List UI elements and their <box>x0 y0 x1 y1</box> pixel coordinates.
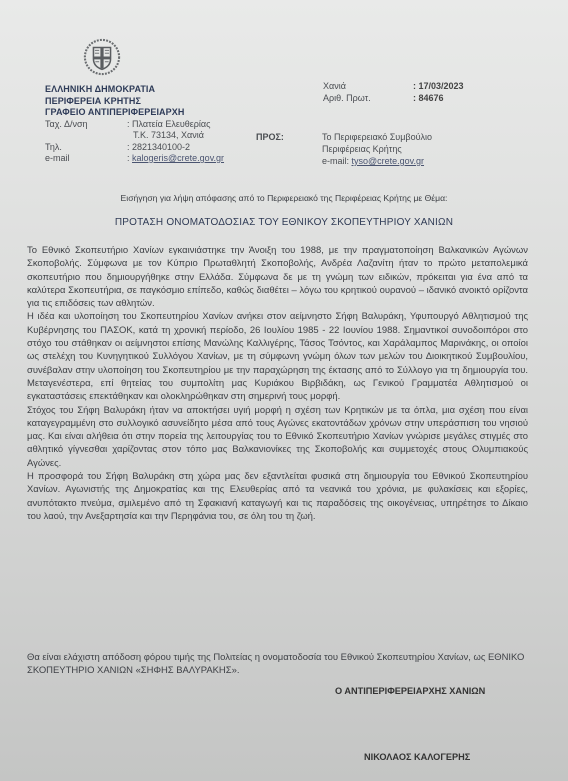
document-page: ΕΛΛΗΝΙΚΗ ΔΗΜΟΚΡΑΤΙΑ ΠΕΡΙΦΕΡΕΙΑ ΚΡΗΤΗΣ ΓΡ… <box>0 0 568 781</box>
recipient-label: ΠΡΟΣ: <box>256 131 322 167</box>
greek-coat-of-arms-icon <box>83 38 121 76</box>
phone-value: : 2821340100-2 <box>127 142 190 154</box>
document-meta: Χανιά : 17/03/2023 Αριθ. Πρωτ. : 84676 <box>323 80 464 104</box>
protocol-label: Αριθ. Πρωτ. <box>323 92 413 104</box>
phone-row: Τηλ. : 2821340100-2 <box>45 142 224 154</box>
paragraph-history: Το Εθνικό Σκοπευτήριο Χανίων εγκαινιάστη… <box>27 244 528 310</box>
recipient-block: ΠΡΟΣ: Το Περιφερειακό Συμβούλιο Περιφέρε… <box>256 131 432 167</box>
date-value: : 17/03/2023 <box>413 80 464 92</box>
recipient-line-1: Το Περιφερειακό Συμβούλιο <box>322 131 432 143</box>
paragraph-founders: Η ιδέα και υλοποίηση του Σκοπευτηρίου Χα… <box>27 310 528 403</box>
org-line-region: ΠΕΡΙΦΕΡΕΙΑ ΚΡΗΤΗΣ <box>45 96 224 108</box>
address-label: Ταχ. Δ/νση <box>45 119 127 131</box>
letter-body: Το Εθνικό Σκοπευτήριο Χανίων εγκαινιάστη… <box>27 244 528 523</box>
recipient-line-2: Περιφέρειας Κρήτης <box>322 143 432 155</box>
email-label: e-mail <box>45 153 127 165</box>
signatory-name: ΝΙΚΟΛΑΟΣ ΚΑΛΟΓΕΡΗΣ <box>364 752 470 762</box>
proposal-paragraph-block: Θα είναι ελάχιστη απόδοση φόρου τιμής τη… <box>27 651 528 678</box>
address-row-2: Τ.Κ. 73134, Χανιά <box>45 130 224 142</box>
recipient-email-link[interactable]: tyso@crete.gov.gr <box>352 156 425 166</box>
letterhead: ΕΛΛΗΝΙΚΗ ΔΗΜΟΚΡΑΤΙΑ ΠΕΡΙΦΕΡΕΙΑ ΚΡΗΤΗΣ ΓΡ… <box>45 84 224 165</box>
sender-email-link[interactable]: kalogeris@crete.gov.gr <box>132 153 224 163</box>
postal-code-city: Τ.Κ. 73134, Χανιά <box>127 130 204 142</box>
paragraph-proposal: Θα είναι ελάχιστη απόδοση φόρου τιμής τη… <box>27 651 528 678</box>
paragraph-contribution: Η προσφορά του Σήφη Βαλυράκη στη χώρα μα… <box>27 470 528 523</box>
place-label: Χανιά <box>323 80 413 92</box>
org-line-office: ΓΡΑΦΕΙΟ ΑΝΤΙΠΕΡΙΦΕΡΕΙΑΡΧΗ <box>45 107 224 119</box>
paragraph-goal: Στόχος του Σήφη Βαλυράκη ήταν να αποκτήσ… <box>27 404 528 470</box>
subject-title: ΠΡΟΤΑΣΗ ΟΝΟΜΑΤΟΔΟΣΙΑΣ ΤΟΥ ΕΘΝΙΚΟΥ ΣΚΟΠΕΥ… <box>0 217 568 228</box>
signatory-title: Ο ΑΝΤΙΠΕΡΙΦΕΡΕΙΑΡΧΗΣ ΧΑΝΙΩΝ <box>335 686 485 696</box>
org-line-country: ΕΛΛΗΝΙΚΗ ΔΗΜΟΚΡΑΤΙΑ <box>45 84 224 96</box>
address-row: Ταχ. Δ/νση : Πλατεία Ελευθερίας <box>45 119 224 131</box>
email-row: e-mail : kalogeris@crete.gov.gr <box>45 153 224 165</box>
protocol-number: : 84676 <box>413 92 444 104</box>
intro-line: Εισήγηση για λήψη απόφασης από το Περιφε… <box>0 193 568 203</box>
phone-label: Τηλ. <box>45 142 127 154</box>
recipient-email-prefix: e-mail: <box>322 156 352 166</box>
address-value: : Πλατεία Ελευθερίας <box>127 119 210 131</box>
